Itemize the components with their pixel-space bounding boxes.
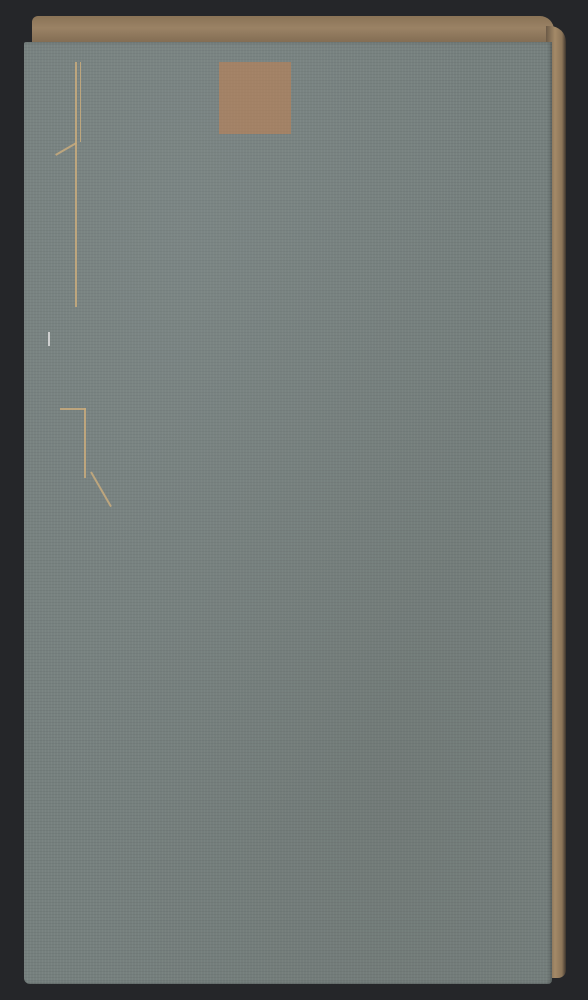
binding-thread <box>80 62 81 142</box>
book <box>24 16 566 984</box>
binding-thread-spine <box>48 332 50 346</box>
faded-label-patch <box>219 62 291 134</box>
binding-thread-loose-end <box>90 472 112 508</box>
photo-background <box>0 0 588 1000</box>
binding-thread <box>60 408 86 410</box>
book-cover-cloth <box>24 42 552 984</box>
binding-thread-knot <box>55 142 77 156</box>
binding-thread <box>84 408 86 478</box>
binding-thread <box>75 62 77 307</box>
